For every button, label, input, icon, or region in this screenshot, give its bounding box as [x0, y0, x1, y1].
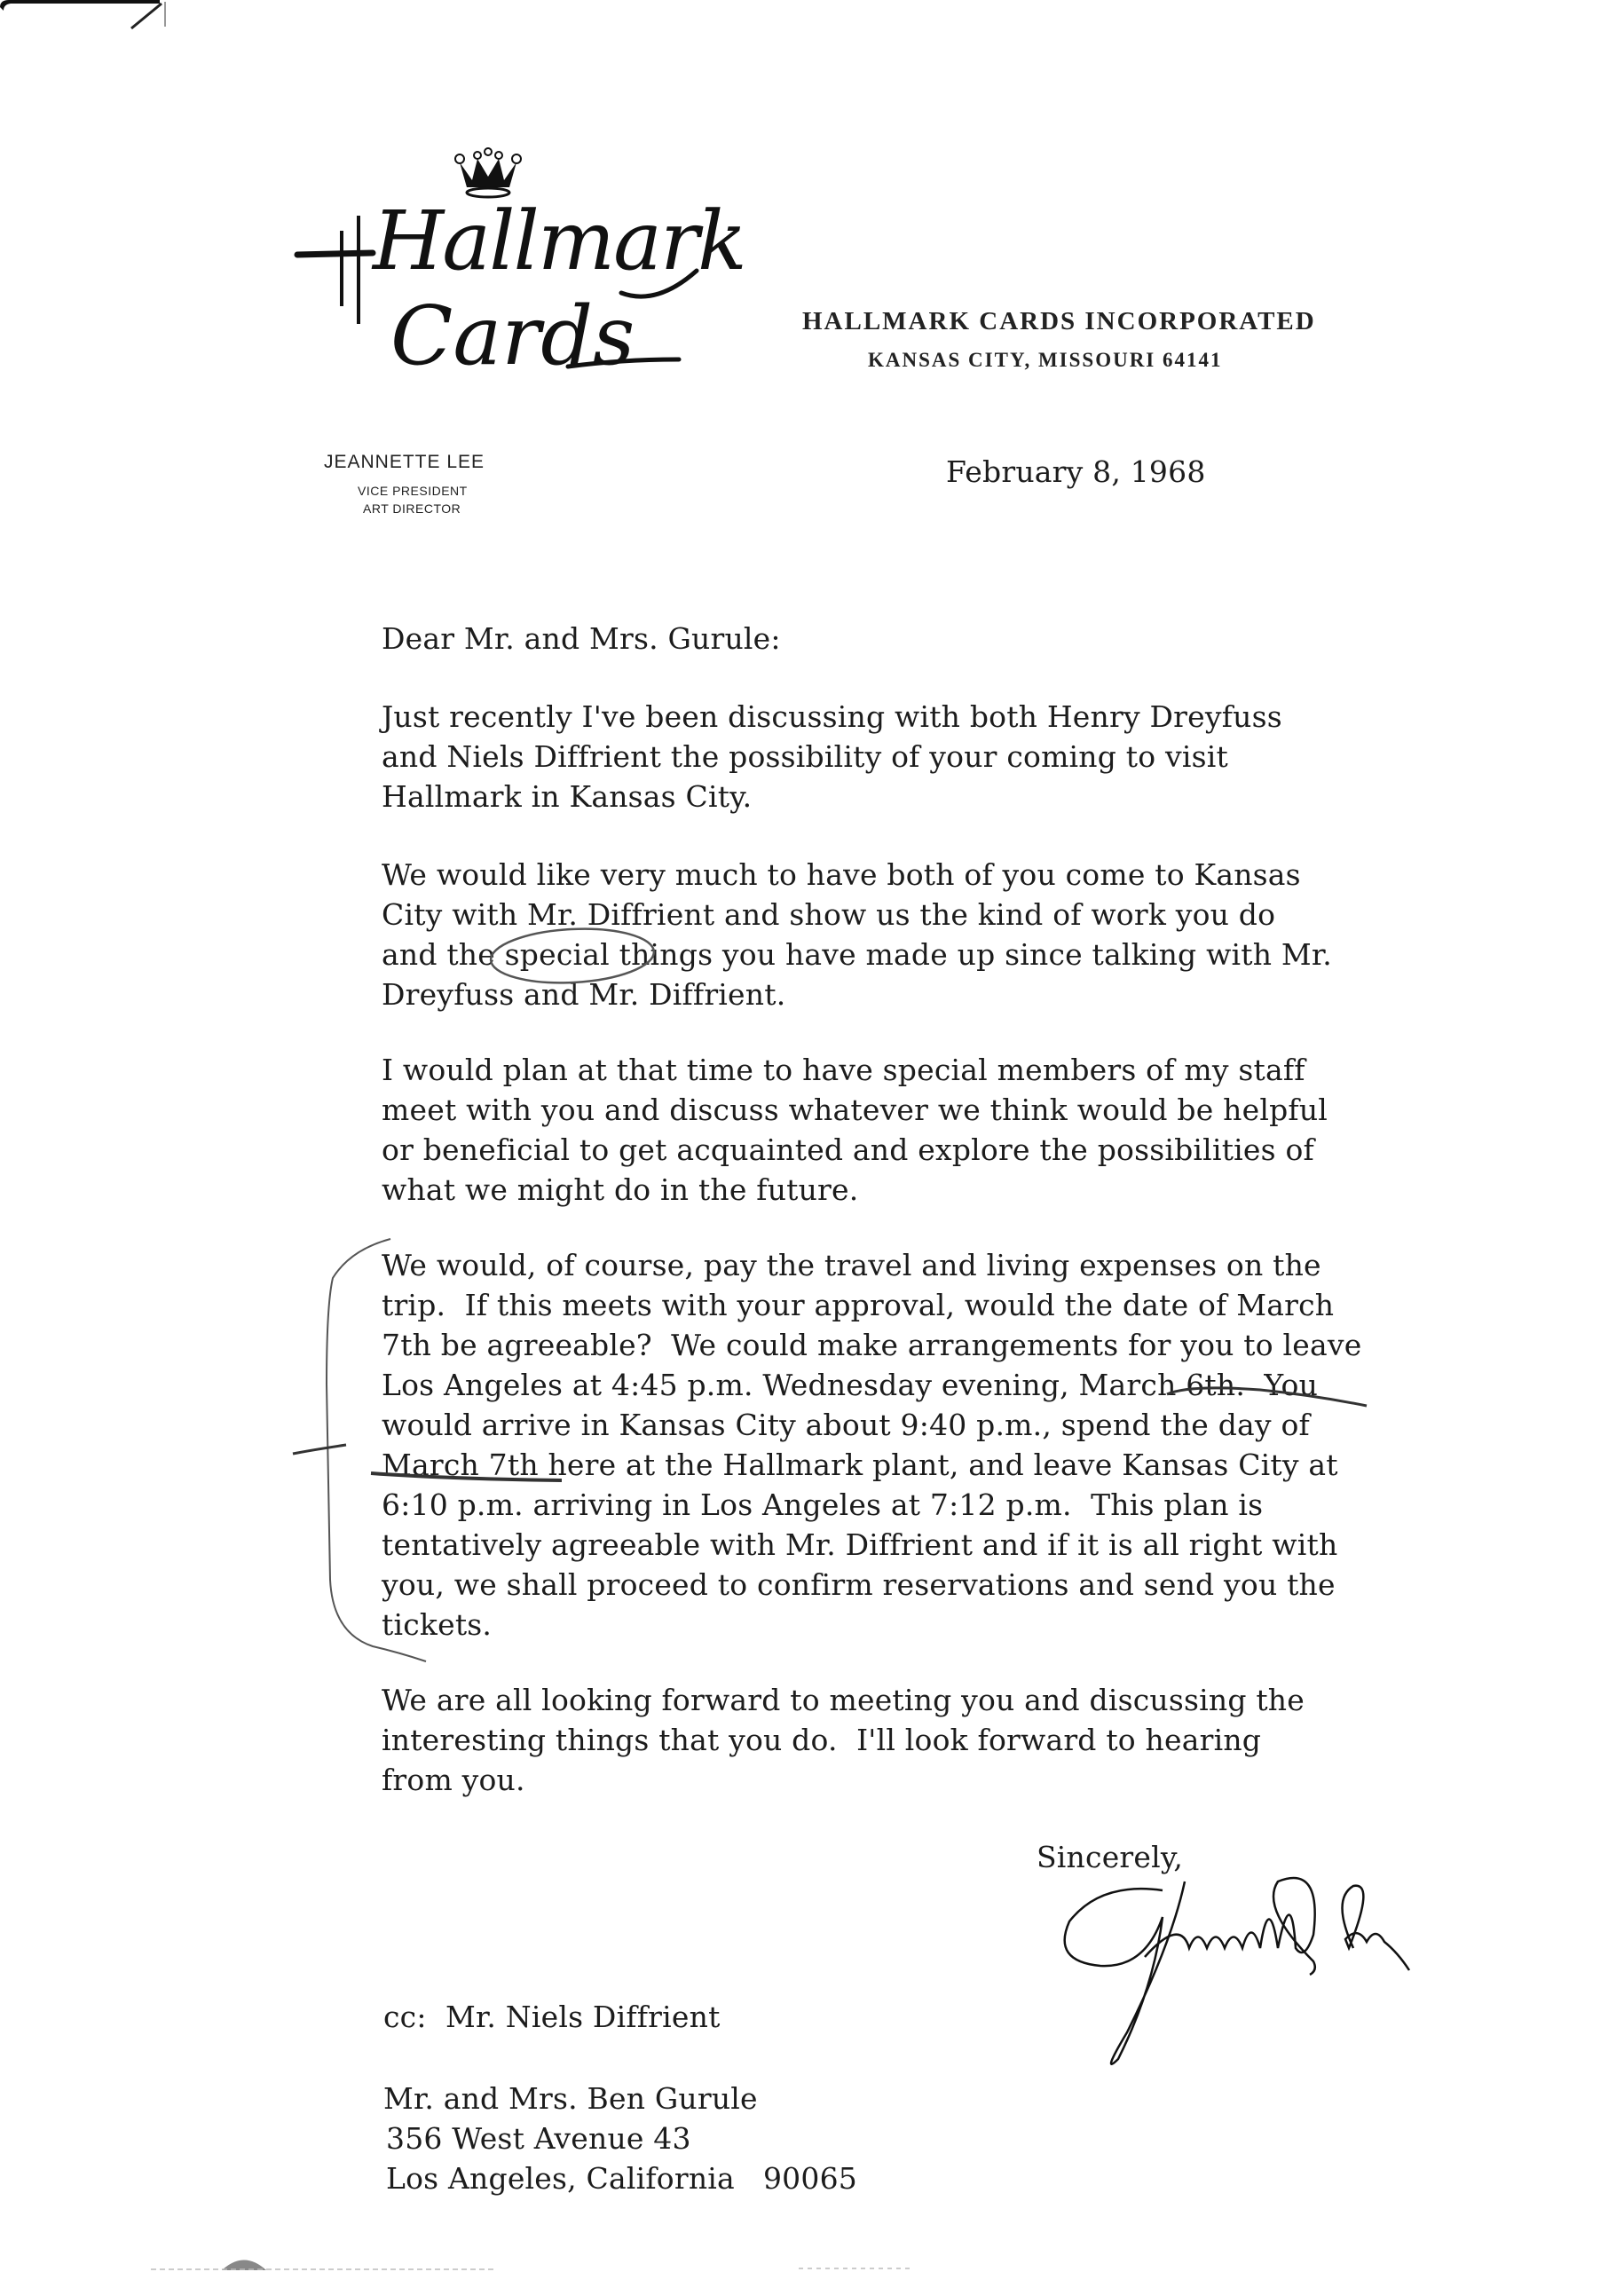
signature	[1047, 1864, 1420, 2077]
recipient-name: Mr. and Mrs. Ben Gurule	[383, 2081, 758, 2116]
scan-edge-noise	[0, 2245, 1624, 2272]
recipient-city: Los Angeles, California 90065	[386, 2161, 857, 2196]
cc-line: cc: Mr. Niels Diffrient	[383, 2000, 721, 2034]
recipient-street: 356 West Avenue 43	[386, 2121, 691, 2156]
